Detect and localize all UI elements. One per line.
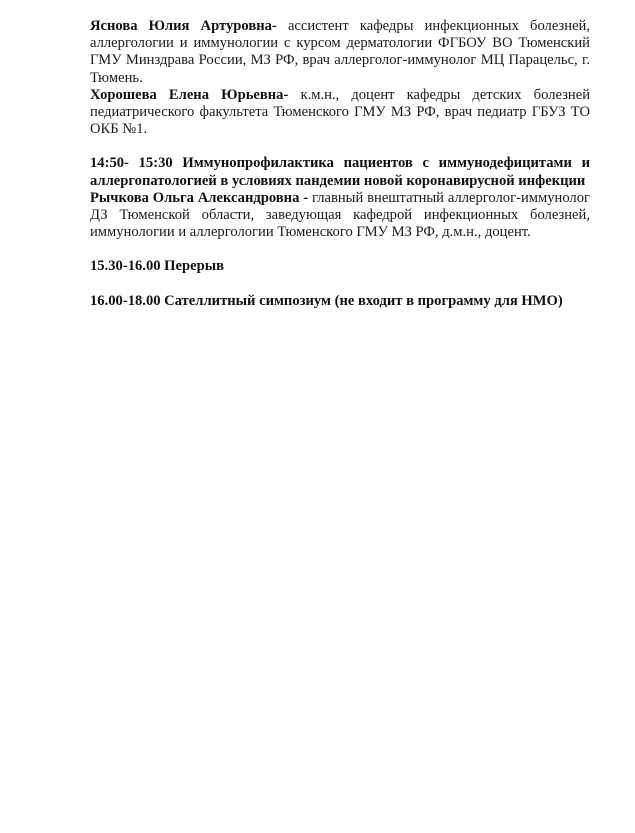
speaker-entry: Хорошева Елена Юрьевна- к.м.н., доцент к… [90, 87, 590, 139]
speaker-name: Хорошева Елена Юрьевна- [90, 87, 288, 103]
document-page: Яснова Юлия Артуровна- ассистент кафедры… [90, 18, 590, 310]
speaker-entry: Рычкова Ольга Александровна - главный вн… [90, 190, 590, 242]
speaker-entry: Яснова Юлия Артуровна- ассистент кафедры… [90, 18, 590, 87]
speaker-name: Яснова Юлия Артуровна- [90, 18, 277, 34]
speaker-name: Рычкова Ольга Александровна - [90, 190, 308, 206]
spacer [90, 276, 590, 293]
session-title: 16.00-18.00 Сателлитный симпозиум (не вх… [90, 293, 590, 310]
break-title: 15.30-16.00 Перерыв [90, 258, 590, 275]
spacer [90, 138, 590, 155]
session-title: 14:50- 15:30 Иммунопрофилактика пациенто… [90, 155, 590, 189]
spacer [90, 241, 590, 258]
